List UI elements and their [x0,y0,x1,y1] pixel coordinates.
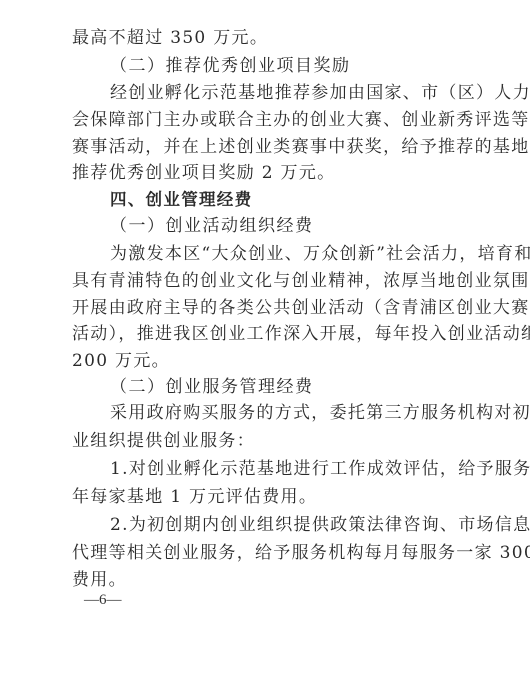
document-page: 最高不超过 350 万元。 （二）推荐优秀创业项目奖励 经创业孵化示范基地推荐参… [0,0,530,679]
body-text-line: 为激发本区“大众创业、万众创新”社会活力，培育和塑造 [110,244,464,264]
body-text-line: 业组织提供创业服务： [72,431,464,451]
body-text-line: 年每家基地 1 万元评估费用。 [72,487,464,507]
body-text-line: 200 万元。 [72,351,464,371]
list-item-2: 2.为初创期内创业组织提供政策法律咨询、市场信息、人事 [110,515,464,535]
body-text-line: 代理等相关创业服务，给予服务机构每月每服务一家 300 元服务 [72,543,464,563]
subheading-activity-funds: （一）创业活动组织经费 [110,216,464,236]
body-text-line: 具有青浦特色的创业文化与创业精神，浓厚当地创业氛围，鼓励 [72,271,464,291]
page-number: —6— [84,590,122,610]
body-text-line: 经创业孵化示范基地推荐参加由国家、市（区）人力资源社 [110,83,464,103]
body-text-line: 开展由政府主导的各类公共创业活动（含青浦区创业大赛等系列 [72,298,464,318]
subheading-recommend-project-award: （二）推荐优秀创业项目奖励 [110,56,464,76]
body-text-line: 会保障部门主办或联合主办的创业大赛、创业新秀评选等创业类 [72,110,464,130]
body-text-line: 赛事活动，并在上述创业类赛事中获奖，给予推荐的基地一次性 [72,137,464,157]
body-text-line: 费用。 [72,570,464,590]
heading-management-funds: 四、创业管理经费 [110,190,464,210]
list-item-1: 1.对创业孵化示范基地进行工作成效评估，给予服务机构每 [110,459,464,479]
body-text-line: 活动），推进我区创业工作深入开展，每年投入创业活动组织经费 [72,324,464,344]
body-text-line: 最高不超过 350 万元。 [72,28,464,48]
body-text-line: 采用政府购买服务的方式，委托第三方服务机构对初创期创 [110,403,464,423]
body-text-line: 推荐优秀创业项目奖励 2 万元。 [72,163,464,183]
subheading-service-management-funds: （二）创业服务管理经费 [110,377,464,397]
